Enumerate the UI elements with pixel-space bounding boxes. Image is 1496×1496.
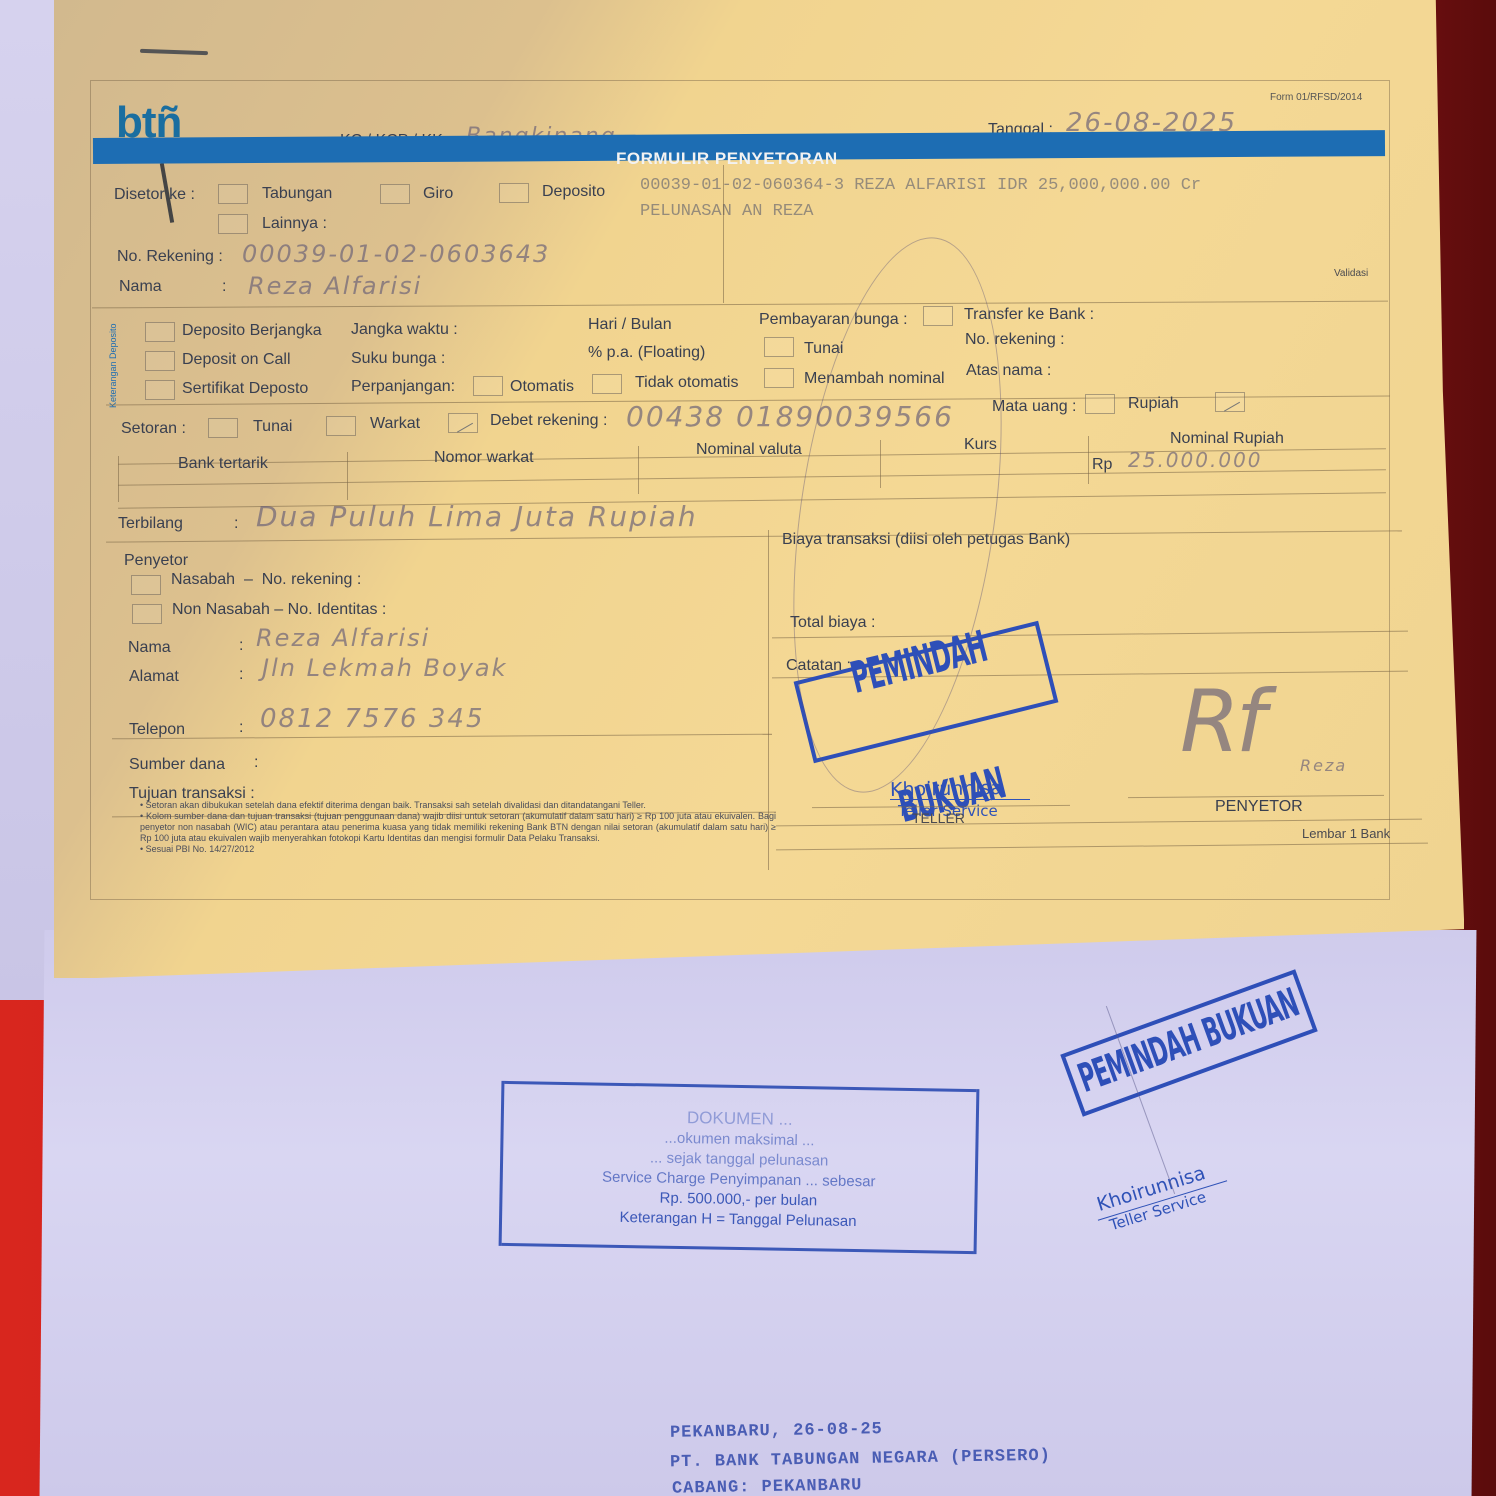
- deposit-to-label: Disetor ke :: [114, 186, 195, 204]
- checkbox-otomatis[interactable]: [473, 376, 503, 396]
- nasabah-label: Nasabah – No. rekening :: [171, 571, 361, 589]
- document-notice-stamp: DOKUMEN ... ...okumen maksimal ... ... s…: [499, 1081, 980, 1254]
- setoran-option-debet: Debet rekening :: [490, 412, 607, 430]
- address-value: Jln Lekmah Boyak: [262, 654, 508, 682]
- note-item: • Kolom sumber dana dan tujuan transaksi…: [118, 811, 776, 844]
- checkbox-deposit-on-call[interactable]: [145, 351, 175, 371]
- colon: :: [239, 637, 243, 655]
- footer-location-date: PEKANBARU, 26-08-25: [670, 1420, 883, 1443]
- colon: :: [254, 754, 258, 772]
- checkbox-non-nasabah[interactable]: [132, 604, 162, 624]
- checkbox-other-currency[interactable]: [1215, 392, 1245, 412]
- table-border: [347, 452, 348, 500]
- non-nasabah-label: Non Nasabah – No. Identitas :: [172, 601, 386, 619]
- terbilang-value: Dua Puluh Lima Juta Rupiah: [256, 500, 698, 533]
- table-header: Nominal Rupiah: [1170, 430, 1284, 448]
- setoran-label: Setoran :: [121, 420, 186, 438]
- table-header: Nominal valuta: [696, 441, 802, 459]
- amount-value: 25.000.000: [1128, 448, 1263, 472]
- validation-print-line: PELUNASAN AN REZA: [640, 202, 813, 221]
- penyetor-name-label: Nama: [128, 639, 171, 657]
- checkbox-giro[interactable]: [380, 184, 410, 204]
- note-item: • Setoran akan dibukukan setelah dana ef…: [118, 800, 776, 811]
- checkbox-menambah-nominal[interactable]: [764, 368, 794, 388]
- extension-label: Perpanjangan:: [351, 378, 455, 396]
- checkbox-deposito-berjangka[interactable]: [145, 322, 175, 342]
- background-sheet-edge: [0, 0, 60, 1000]
- sheet-label: Lembar 1 Bank: [1302, 826, 1390, 841]
- colon: :: [239, 719, 243, 737]
- terbilang-colon: :: [234, 515, 238, 533]
- table-header: Nomor warkat: [434, 449, 534, 467]
- checkbox-tabungan[interactable]: [218, 184, 248, 204]
- table-border: [1088, 436, 1089, 484]
- notes-block: • Setoran akan dibukukan setelah dana ef…: [118, 800, 776, 855]
- footer-branch: CABANG: PEKANBARU: [672, 1476, 863, 1496]
- currency-option: Rupiah: [1128, 395, 1179, 413]
- name-colon: :: [222, 278, 226, 296]
- option-lainnya: Lainnya :: [262, 215, 327, 233]
- phone-label: Telepon: [129, 721, 185, 739]
- option-giro: Giro: [423, 185, 453, 203]
- checkbox-nasabah[interactable]: [131, 575, 161, 595]
- teller-stamp-underline-upper: [890, 799, 1030, 800]
- term-unit: Hari / Bulan: [588, 316, 672, 334]
- term-label: Jangka waktu :: [351, 321, 458, 339]
- name-value: Reza Alfarisi: [248, 272, 422, 300]
- currency-label: Mata uang :: [992, 398, 1077, 416]
- checkbox-tidak-otomatis[interactable]: [592, 374, 622, 394]
- checkbox-deposito[interactable]: [499, 183, 529, 203]
- currency-prefix: Rp: [1092, 456, 1112, 474]
- table-border: [638, 446, 639, 494]
- checkbox-lainnya[interactable]: [218, 214, 248, 234]
- option-deposito: Deposito: [542, 183, 605, 201]
- table-header: Bank tertarik: [178, 455, 268, 473]
- form-title: FORMULIR PENYETORAN: [616, 149, 838, 169]
- deposit-type: Deposito Berjangka: [182, 322, 322, 340]
- validation-print-line: 00039-01-02-060364-3 REZA ALFARISI IDR 2…: [640, 176, 1201, 195]
- rate-unit: % p.a. (Floating): [588, 344, 705, 362]
- checkbox-rupiah[interactable]: [1085, 394, 1115, 414]
- depositor-name-scrawl: Reza: [1300, 756, 1347, 775]
- option-tabungan: Tabungan: [262, 185, 332, 203]
- form-code: Form 01/RFSD/2014: [1270, 92, 1362, 103]
- penyetor-name-value: Reza Alfarisi: [256, 624, 430, 652]
- terbilang-label: Terbilang: [118, 515, 183, 533]
- address-label: Alamat: [129, 668, 179, 686]
- teller-stamp-name-upper: Khoirunnisa: [890, 777, 1003, 801]
- penyetor-title: Penyetor: [124, 552, 188, 570]
- depositor-signature: Rf: [1180, 672, 1262, 772]
- table-border: [118, 456, 119, 502]
- setoran-option-warkat: Warkat: [370, 415, 420, 433]
- rate-label: Suku bunga :: [351, 350, 445, 368]
- name-label: Nama: [119, 278, 162, 296]
- depositor-label: PENYETOR: [1215, 798, 1303, 816]
- checkbox-debet-rekening[interactable]: [448, 413, 478, 433]
- extension-option: Tidak otomatis: [635, 374, 738, 392]
- checkbox-setoran-tunai[interactable]: [208, 418, 238, 438]
- checkbox-sertifikat-deposito[interactable]: [145, 380, 175, 400]
- extension-option: Otomatis: [510, 378, 574, 396]
- account-no-value: 00039-01-02-0603643: [242, 240, 550, 268]
- account-no-label: No. Rekening :: [117, 248, 223, 266]
- deposit-type: Deposit on Call: [182, 351, 291, 369]
- source-of-funds-label: Sumber dana: [129, 756, 225, 774]
- divider: [723, 165, 724, 303]
- deposit-type: Sertifikat Deposto: [182, 380, 308, 398]
- colon: :: [239, 666, 243, 684]
- validation-label: Validasi: [1334, 268, 1368, 279]
- phone-value: 0812 7576 345: [260, 704, 485, 734]
- checkbox-setoran-warkat[interactable]: [326, 416, 356, 436]
- setoran-option-tunai: Tunai: [253, 418, 292, 436]
- note-item: • Sesuai PBI No. 14/27/2012: [118, 844, 776, 855]
- deposit-info-side-label: Keterangan Deposito: [108, 323, 118, 408]
- checkbox-tunai-bunga[interactable]: [764, 337, 794, 357]
